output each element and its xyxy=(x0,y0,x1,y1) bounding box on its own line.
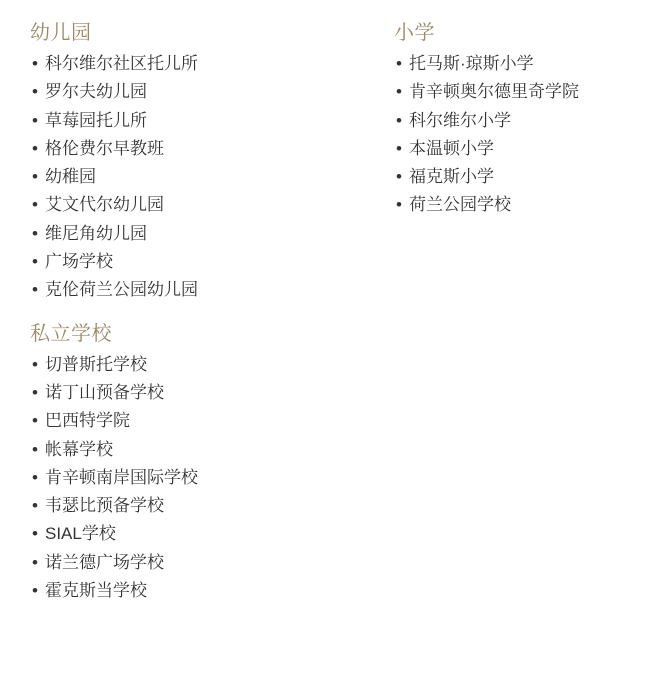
section-kindergartens: 幼儿园 •科尔维尔社区托儿所 •罗尔夫幼儿园 •草莓园托儿所 •格伦费尔早教班 … xyxy=(30,20,394,305)
school-name: 巴西特学院 xyxy=(45,411,130,430)
school-name: 格伦费尔早教班 xyxy=(45,139,164,158)
bullet-icon: • xyxy=(32,407,38,435)
school-name: 肯辛顿南岸国际学校 xyxy=(45,468,198,487)
school-name: 帐幕学校 xyxy=(45,440,113,459)
list-item: •罗尔夫幼儿园 xyxy=(30,78,394,106)
list-item: •科尔维尔社区托儿所 xyxy=(30,50,394,78)
school-name: 维尼角幼儿园 xyxy=(45,224,147,243)
bullet-icon: • xyxy=(32,135,38,163)
primary-schools-list: •托马斯·琼斯小学 •肯辛顿奥尔德里奇学院 •科尔维尔小学 •本温顿小学 •福克… xyxy=(394,50,650,220)
bullet-icon: • xyxy=(396,163,402,191)
bullet-icon: • xyxy=(32,436,38,464)
list-item: •克伦荷兰公园幼儿园 xyxy=(30,276,394,304)
school-name: 霍克斯当学校 xyxy=(45,581,147,600)
bullet-icon: • xyxy=(396,78,402,106)
school-name: 罗尔夫幼儿园 xyxy=(45,82,147,101)
school-name: 本温顿小学 xyxy=(409,139,494,158)
bullet-icon: • xyxy=(32,191,38,219)
bullet-icon: • xyxy=(32,549,38,577)
list-item: •科尔维尔小学 xyxy=(394,107,650,135)
school-name: 韦瑟比预备学校 xyxy=(45,496,164,515)
bullet-icon: • xyxy=(32,351,38,379)
list-item: •维尼角幼儿园 xyxy=(30,220,394,248)
private-schools-title: 私立学校 xyxy=(30,321,394,347)
school-name: 福克斯小学 xyxy=(409,167,494,186)
bullet-icon: • xyxy=(32,276,38,304)
column-right: 小学 •托马斯·琼斯小学 •肯辛顿奥尔德里奇学院 •科尔维尔小学 •本温顿小学 … xyxy=(394,20,650,236)
list-item: •帐幕学校 xyxy=(30,436,394,464)
kindergartens-list: •科尔维尔社区托儿所 •罗尔夫幼儿园 •草莓园托儿所 •格伦费尔早教班 •幼稚园… xyxy=(30,50,394,305)
list-item: •诺兰德广场学校 xyxy=(30,549,394,577)
bullet-icon: • xyxy=(32,520,38,548)
school-name: 切普斯托学校 xyxy=(45,355,147,374)
list-item: •幼稚园 xyxy=(30,163,394,191)
school-name: 科尔维尔小学 xyxy=(409,111,511,130)
school-name: 艾文代尔幼儿园 xyxy=(45,195,164,214)
private-schools-list: •切普斯托学校 •诺丁山预备学校 •巴西特学院 •帐幕学校 •肯辛顿南岸国际学校… xyxy=(30,351,394,606)
kindergartens-title: 幼儿园 xyxy=(30,20,394,46)
list-item: •SIAL学校 xyxy=(30,520,394,548)
school-name: 克伦荷兰公园幼儿园 xyxy=(45,280,198,299)
column-left: 幼儿园 •科尔维尔社区托儿所 •罗尔夫幼儿园 •草莓园托儿所 •格伦费尔早教班 … xyxy=(30,20,394,621)
list-item: •草莓园托儿所 xyxy=(30,107,394,135)
bullet-icon: • xyxy=(32,220,38,248)
list-item: •托马斯·琼斯小学 xyxy=(394,50,650,78)
list-item: •切普斯托学校 xyxy=(30,351,394,379)
school-name: 草莓园托儿所 xyxy=(45,111,147,130)
list-item: •肯辛顿奥尔德里奇学院 xyxy=(394,78,650,106)
bullet-icon: • xyxy=(32,379,38,407)
bullet-icon: • xyxy=(32,107,38,135)
bullet-icon: • xyxy=(32,492,38,520)
school-name: 肯辛顿奥尔德里奇学院 xyxy=(409,82,579,101)
bullet-icon: • xyxy=(32,464,38,492)
primary-schools-title: 小学 xyxy=(394,20,650,46)
schools-page: 幼儿园 •科尔维尔社区托儿所 •罗尔夫幼儿园 •草莓园托儿所 •格伦费尔早教班 … xyxy=(0,0,650,621)
list-item: •韦瑟比预备学校 xyxy=(30,492,394,520)
list-item: •福克斯小学 xyxy=(394,163,650,191)
bullet-icon: • xyxy=(32,78,38,106)
school-name: 广场学校 xyxy=(45,252,113,271)
bullet-icon: • xyxy=(32,50,38,78)
list-item: •格伦费尔早教班 xyxy=(30,135,394,163)
list-item: •本温顿小学 xyxy=(394,135,650,163)
school-name: 托马斯·琼斯小学 xyxy=(409,54,534,73)
list-item: •艾文代尔幼儿园 xyxy=(30,191,394,219)
section-primary-schools: 小学 •托马斯·琼斯小学 •肯辛顿奥尔德里奇学院 •科尔维尔小学 •本温顿小学 … xyxy=(394,20,650,220)
school-name: 诺丁山预备学校 xyxy=(45,383,164,402)
bullet-icon: • xyxy=(396,135,402,163)
bullet-icon: • xyxy=(32,577,38,605)
list-item: •巴西特学院 xyxy=(30,407,394,435)
list-item: •肯辛顿南岸国际学校 xyxy=(30,464,394,492)
list-item: •荷兰公园学校 xyxy=(394,191,650,219)
school-name: 幼稚园 xyxy=(45,167,96,186)
school-name: 荷兰公园学校 xyxy=(409,195,511,214)
school-name: 诺兰德广场学校 xyxy=(45,553,164,572)
bullet-icon: • xyxy=(396,107,402,135)
bullet-icon: • xyxy=(32,163,38,191)
bullet-icon: • xyxy=(396,50,402,78)
section-private-schools: 私立学校 •切普斯托学校 •诺丁山预备学校 •巴西特学院 •帐幕学校 •肯辛顿南… xyxy=(30,321,394,606)
bullet-icon: • xyxy=(396,191,402,219)
list-item: •霍克斯当学校 xyxy=(30,577,394,605)
list-item: •诺丁山预备学校 xyxy=(30,379,394,407)
school-name: SIAL学校 xyxy=(45,524,116,543)
bullet-icon: • xyxy=(32,248,38,276)
school-name: 科尔维尔社区托儿所 xyxy=(45,54,198,73)
list-item: •广场学校 xyxy=(30,248,394,276)
